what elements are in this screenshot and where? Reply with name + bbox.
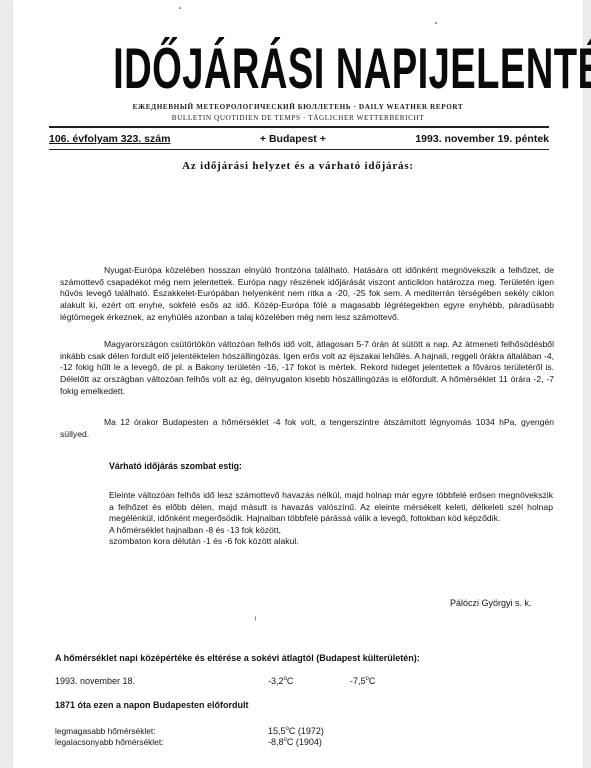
divider-top	[49, 126, 549, 128]
paragraph-budapest-noon: Ma 12 órakor Budapesten a hőmérséklet -4…	[60, 417, 554, 440]
section-title: Az időjárási helyzet és a várható időjár…	[13, 160, 583, 172]
stat-day-deviation: -7,5oC	[350, 676, 375, 686]
issue-date: 1993. november 19. péntek	[415, 133, 549, 145]
masthead-subtitle-1: ЕЖЕДНЕВНЫЙ МЕТЕОРОЛОГИЧЕСКИЙ БЮЛЛЕТЕНЬ ·…	[43, 103, 553, 111]
scan-speck	[435, 22, 437, 24]
issue-line: 106. évfolyam 323. szám + Budapest + 199…	[49, 133, 549, 145]
record-max-label: legmagasabb hőmérséklet:	[55, 726, 156, 736]
records-title: 1871 óta ezen a napon Budapesten előford…	[55, 700, 249, 710]
document-page: IDŐJÁRÁSI NAPIJELENTÉS ЕЖЕДНЕВНЫЙ МЕТЕОР…	[13, 0, 583, 768]
forecast-title: Várható időjárás szombat estig:	[109, 461, 242, 471]
divider-bottom	[49, 149, 549, 150]
record-min-value: -8,8oC (1904)	[268, 737, 322, 747]
forecast-temp-afternoon: szombaton kora délután -1 és -6 fok közö…	[109, 536, 553, 548]
issue-number: 106. évfolyam 323. szám	[49, 133, 170, 145]
signature: Pálóczi Györgyi s. k.	[450, 598, 532, 608]
stats-title: A hőmérséklet napi középértéke és eltéré…	[55, 653, 420, 663]
paragraph-synoptic: Nyugat-Európa közelében hosszan elnyúló …	[60, 265, 554, 324]
issue-place: + Budapest +	[260, 133, 326, 145]
masthead-subtitle-2: BULLETIN QUOTIDIEN DE TEMPS · TÄGLICHER …	[43, 114, 553, 122]
masthead-title: IDŐJÁRÁSI NAPIJELENTÉS	[113, 42, 497, 88]
stat-day-mean: -3,2oC	[268, 676, 293, 686]
paragraph-hungary: Magyarországon csütörtökön változóan fel…	[60, 339, 554, 398]
scan-speck	[255, 616, 256, 621]
stat-day-label: 1993. november 18.	[55, 676, 135, 686]
record-min-label: legalacsonyabb hőmérséklet:	[55, 737, 163, 747]
forecast-temp-dawn: A hőmérséklet hajnalban -8 és -13 fok kö…	[109, 525, 553, 537]
record-max-value: 15,5oC (1972)	[268, 726, 324, 736]
forecast-text: Eleinte változóan felhős idő lesz számot…	[109, 490, 553, 548]
scan-speck	[179, 7, 181, 9]
